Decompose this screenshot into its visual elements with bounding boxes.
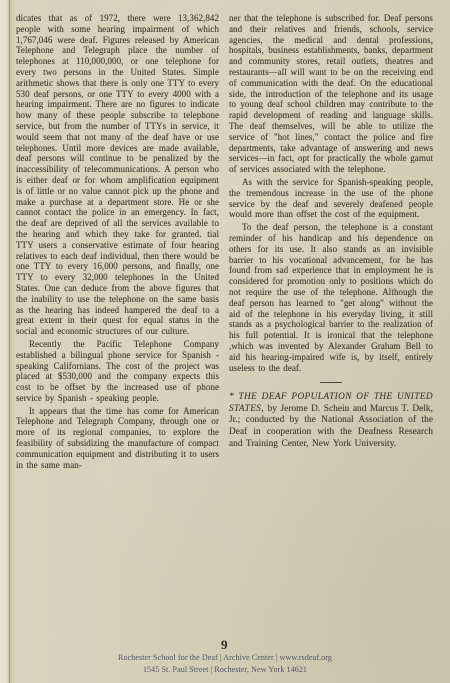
paragraph: It appears that the time has come for Am… — [16, 406, 219, 471]
paragraph: To the deaf person, the telephone is a c… — [229, 222, 433, 373]
paragraph-continuation: ner that the telephone is subscribed for… — [229, 13, 433, 175]
section-divider — [320, 382, 342, 383]
footnote: * THE DEAF POPULATION OF THE UNITED STAT… — [229, 392, 433, 450]
paragraph: Recently the Pacific Telephone Company e… — [16, 339, 219, 404]
right-column: ner that the telephone is subscribed for… — [229, 13, 433, 635]
paragraph-continuation: dicates that as of 1972, there were 13,3… — [16, 13, 219, 337]
footer-line-2: 1545 St. Paul Street | Rochester, New Yo… — [0, 664, 450, 676]
scanned-document-page: dicates that as of 1972, there were 13,3… — [0, 0, 450, 683]
page-number: 9 — [221, 637, 228, 653]
archive-footer: Rochester School for the Deaf | Archive … — [0, 652, 450, 675]
left-column: dicates that as of 1972, there were 13,3… — [16, 13, 219, 635]
footer-line-1: Rochester School for the Deaf | Archive … — [0, 652, 450, 664]
paragraph: As with the service for Spanish-speaking… — [229, 177, 433, 220]
page-edge — [9, 0, 10, 683]
